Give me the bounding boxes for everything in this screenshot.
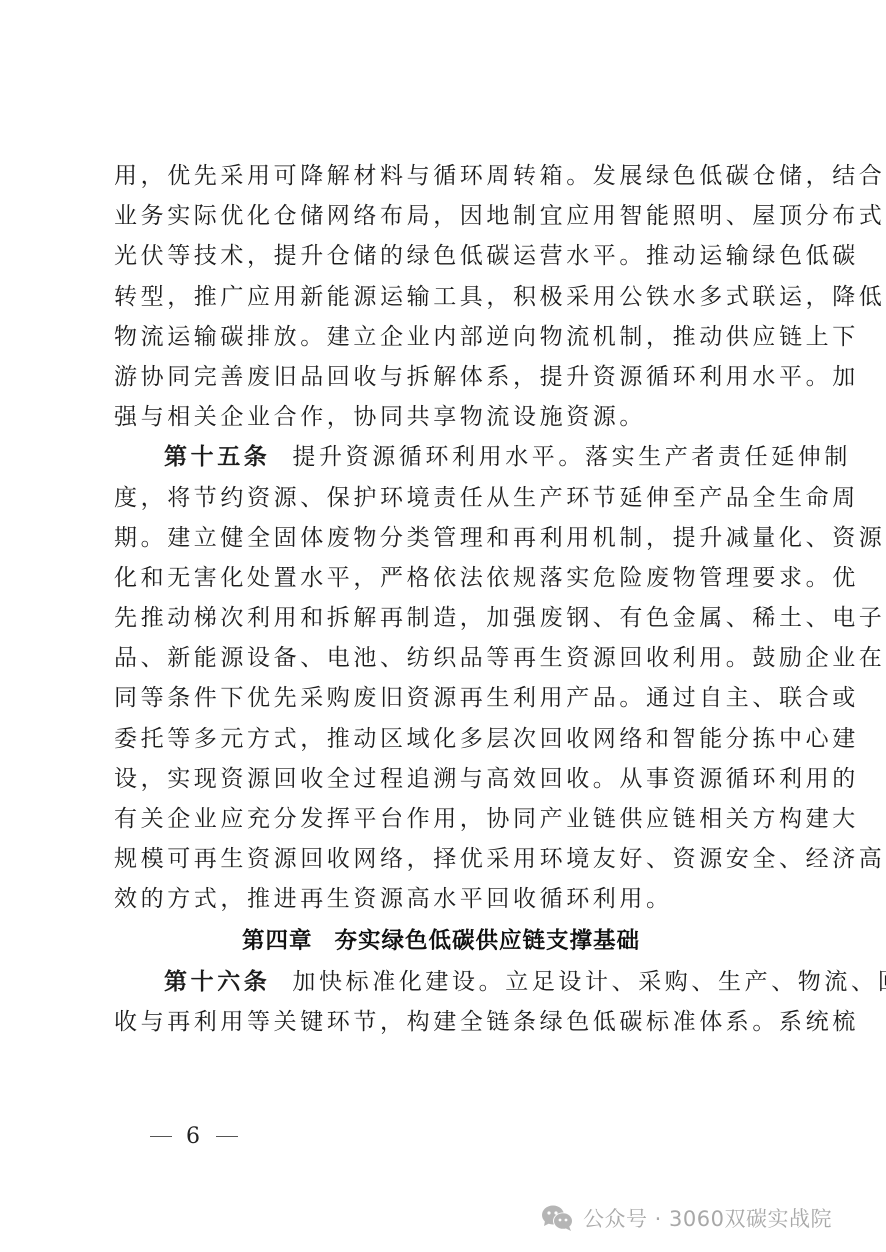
paragraph-line: 转型，推广应用新能源运输工具，积极采用公铁水多式联运，降低 xyxy=(114,277,774,317)
article-15-first-line: 第十五条提升资源循环利用水平。落实生产者责任延伸制 xyxy=(114,437,774,477)
wechat-icon xyxy=(541,1204,575,1232)
paragraph-line: 期。建立健全固体废物分类管理和再利用机制，提升减量化、资源 xyxy=(114,518,774,558)
paragraph-line: 效的方式，推进再生资源高水平回收循环利用。 xyxy=(114,879,774,919)
paragraph-line: 光伏等技术，提升仓储的绿色低碳运营水平。推动运输绿色低碳 xyxy=(114,236,774,276)
paragraph-line: 物流运输碳排放。建立企业内部逆向物流机制，推动供应链上下 xyxy=(114,317,774,357)
article-16-first-line: 第十六条加快标准化建设。立足设计、采购、生产、物流、回 xyxy=(114,962,774,1002)
paragraph-line: 化和无害化处置水平，严格依法依规落实危险废物管理要求。优 xyxy=(114,558,774,598)
dash-right xyxy=(216,1136,238,1138)
paragraph-line: 有关企业应充分发挥平台作用，协同产业链供应链相关方构建大 xyxy=(114,799,774,839)
paragraph-line: 先推动梯次利用和拆解再制造，加强废钢、有色金属、稀土、电子产 xyxy=(114,598,774,638)
paragraph-line: 同等条件下优先采购废旧资源再生利用产品。通过自主、联合或 xyxy=(114,678,774,718)
dash-left xyxy=(150,1136,172,1138)
article-label: 第十六条 xyxy=(164,968,270,995)
paragraph-line: 度，将节约资源、保护环境责任从生产环节延伸至产品全生命周 xyxy=(114,478,774,518)
chapter-label: 第四章 xyxy=(242,928,313,954)
paragraph-line: 游协同完善废旧品回收与拆解体系，提升资源循环利用水平。加 xyxy=(114,357,774,397)
page-number: 6 xyxy=(150,1124,238,1149)
chapter-heading: 第四章夯实绿色低碳供应链支撑基础 xyxy=(108,920,774,962)
paragraph-line: 用，优先采用可降解材料与循环周转箱。发展绿色低碳仓储，结合 xyxy=(114,156,774,196)
document-page: 用，优先采用可降解材料与循环周转箱。发展绿色低碳仓储，结合 业务实际优化仓储网络… xyxy=(0,0,886,1252)
paragraph-line: 强与相关企业合作，协同共享物流设施资源。 xyxy=(114,397,774,437)
paragraph-line: 设，实现资源回收全过程追溯与高效回收。从事资源循环利用的 xyxy=(114,759,774,799)
paragraph-line: 品、新能源设备、电池、纺织品等再生资源回收利用。鼓励企业在 xyxy=(114,638,774,678)
paragraph-line: 委托等多元方式，推动区域化多层次回收网络和智能分拣中心建 xyxy=(114,719,774,759)
paragraph-line: 规模可再生资源回收网络，择优采用环境友好、资源安全、经济高 xyxy=(114,839,774,879)
document-body: 用，优先采用可降解材料与循环周转箱。发展绿色低碳仓储，结合 业务实际优化仓储网络… xyxy=(114,156,774,1042)
page-number-value: 6 xyxy=(186,1124,202,1149)
chapter-title: 夯实绿色低碳供应链支撑基础 xyxy=(335,928,641,954)
paragraph-line: 收与再利用等关键环节，构建全链条绿色低碳标准体系。系统梳 xyxy=(114,1002,774,1042)
paragraph-line: 业务实际优化仓储网络布局，因地制宜应用智能照明、屋顶分布式 xyxy=(114,196,774,236)
article-label: 第十五条 xyxy=(164,443,270,470)
watermark-text: 公众号 · 3060双碳实战院 xyxy=(583,1203,832,1233)
article-text: 加快标准化建设。立足设计、采购、生产、物流、回 xyxy=(292,969,886,995)
article-text: 提升资源循环利用水平。落实生产者责任延伸制 xyxy=(292,444,851,470)
watermark: 公众号 · 3060双碳实战院 xyxy=(541,1200,832,1236)
